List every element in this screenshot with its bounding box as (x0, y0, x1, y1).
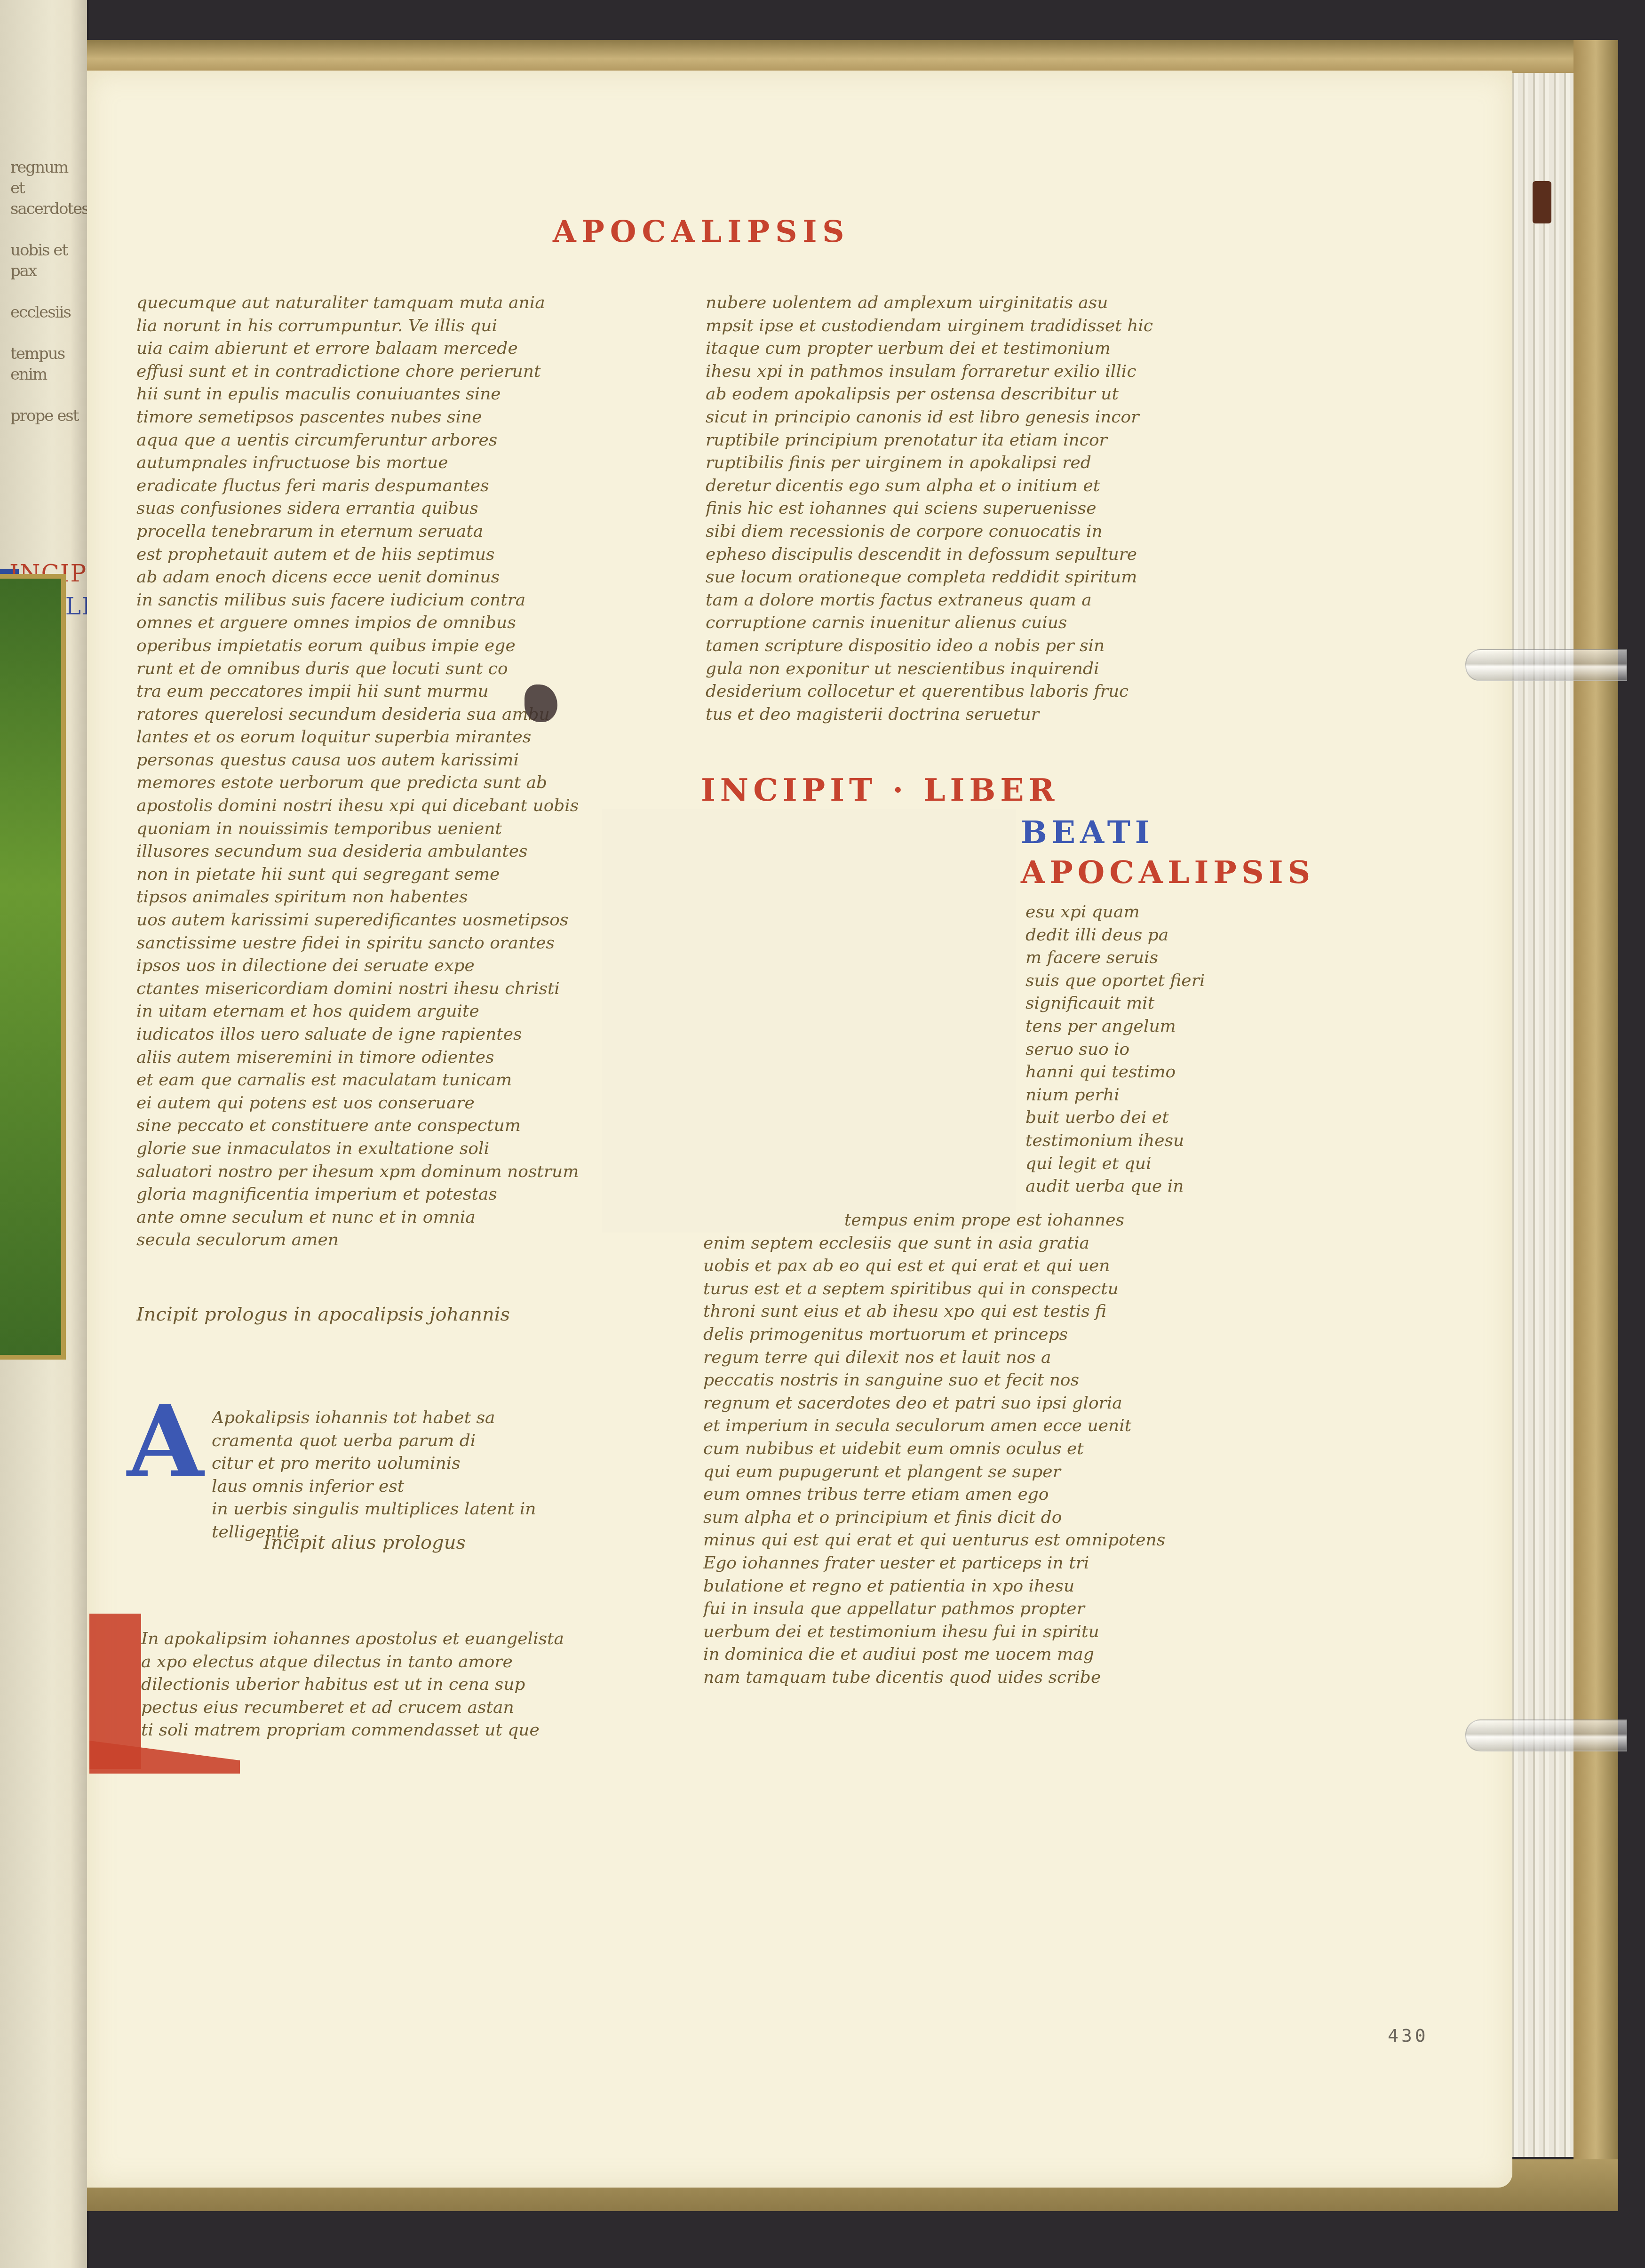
text-line: ab eodem apokalipsis per ostensa describ… (706, 383, 1185, 406)
text-line: aqua que a uentis circumferuntur arbores (136, 429, 612, 452)
text-line: mpsit ipse et custodiendam uirginem trad… (706, 315, 1185, 338)
text-line: qui eum pupugerunt et plangent se super (703, 1461, 1188, 1484)
page-fore-edge (1508, 73, 1573, 2157)
left-page-line: prope est (10, 406, 78, 425)
glass-page-weight-rod-icon (1465, 649, 1627, 681)
text-line: sanctissime uestre fidei in spiritu sanc… (136, 932, 612, 955)
unpainted-initial-space (602, 809, 1016, 1233)
text-line: procella tenebrarum in eternum seruata (136, 520, 612, 543)
text-line: nubere uolentem ad amplexum uirginitatis… (706, 292, 1185, 315)
text-line: hii sunt in epulis maculis conuiuantes s… (136, 383, 612, 406)
text-line: significauit mit (1025, 992, 1223, 1015)
alius-prologus-rubric: Incipit alius prologus (263, 1531, 546, 1554)
text-line: aliis autem miseremini in timore odiente… (136, 1046, 612, 1069)
text-line: runt et de omnibus duris que locuti sunt… (136, 658, 612, 681)
text-line: autumpnales infructuose bis mortue (136, 452, 612, 475)
text-line: sue locum orationeque completa reddidit … (706, 566, 1185, 589)
left-page-line: tempus enim (10, 344, 64, 384)
text-line: tens per angelum (1025, 1015, 1223, 1038)
text-line: Ego iohannes frater uester et particeps … (703, 1552, 1188, 1575)
text-line: ante omne seculum et nunc et in omnia (136, 1206, 612, 1229)
text-line: suis que oportet fieri (1025, 970, 1223, 993)
text-line: tempus enim prope est iohannes (703, 1209, 1188, 1232)
text-line: iudicatos illos uero saluate de igne rap… (136, 1023, 612, 1046)
text-line: et eam que carnalis est maculatam tunica… (136, 1069, 612, 1092)
text-line: et imperium in secula seculorum amen ecc… (703, 1415, 1188, 1438)
text-line: nium perhi (1025, 1084, 1223, 1107)
text-line: Apokalipsis iohannis tot habet sa (212, 1407, 626, 1430)
text-line: quecumque aut naturaliter tamquam muta a… (136, 292, 612, 315)
text-line: tipsos animales spiritum non habentes (136, 886, 612, 909)
binding-board-right (1573, 40, 1618, 2211)
text-line: secula seculorum amen (136, 1229, 612, 1252)
text-line: apostolis domini nostri ihesu xpi qui di… (136, 795, 612, 818)
text-column-left: quecumque aut naturaliter tamquam muta a… (136, 292, 612, 1252)
text-line: ab adam enoch dicens ecce uenit dominus (136, 566, 612, 589)
incipit-rubric-line-2: BEATI (1021, 814, 1154, 851)
text-line: ctantes misericordiam domini nostri ihes… (136, 978, 612, 1001)
text-line: saluatori nostro per ihesum xpm dominum … (136, 1161, 612, 1184)
text-line: effusi sunt et in contradictione chore p… (136, 360, 612, 383)
text-column-right-top: nubere uolentem ad amplexum uirginitatis… (706, 292, 1185, 726)
text-line: sum alpha et o principium et finis dicit… (703, 1506, 1188, 1529)
text-line: finis hic est iohannes qui sciens superu… (706, 497, 1185, 520)
text-column-right-narrow: esu xpi quam dedit illi deus pa m facere… (1025, 901, 1223, 1198)
text-line: dedit illi deus pa (1025, 924, 1223, 947)
text-line: cramenta quot uerba parum di (212, 1430, 626, 1453)
text-line: tamen scripture dispositio ideo a nobis … (706, 635, 1185, 658)
text-line: sibi diem recessionis de corpore conuoca… (706, 520, 1185, 543)
text-line: ruptibilis finis per uirginem in apokali… (706, 452, 1185, 475)
text-line: ti soli matrem propriam commendasset ut … (141, 1719, 621, 1742)
illuminated-initial-green (0, 574, 66, 1360)
text-line: dilectionis uberior habitus est ut in ce… (141, 1673, 621, 1696)
text-line: uia caim abierunt et errore balaam merce… (136, 337, 612, 360)
text-line: cum nubibus et uidebit eum omnis oculus … (703, 1438, 1188, 1461)
incipit-rubric-line-1: INCIPIT · LIBER (701, 772, 1059, 808)
text-line: memores estote uerborum que predicta sun… (136, 772, 612, 795)
text-line: In apokalipsim iohannes apostolus et eua… (141, 1628, 621, 1651)
text-line: suas confusiones sidera errantia quibus (136, 497, 612, 520)
left-page-line: uobis et pax (10, 241, 67, 280)
text-line: delis primogenitus mortuorum et princeps (703, 1323, 1188, 1346)
running-title-text: APOCALIPSIS (553, 214, 850, 249)
incipit-rubric-line-3: APOCALIPSIS (1021, 854, 1315, 891)
left-page-line: ecclesiis (10, 303, 71, 322)
prologue-rubric: Incipit prologus in apocalipsis johannis (136, 1303, 607, 1326)
running-title: APOCALIPSIS (553, 214, 850, 249)
text-line: sicut in principio canonis id est libro … (706, 406, 1185, 429)
text-line: turus est et a septem spiritibus qui in … (703, 1278, 1188, 1301)
glass-page-weight-rod-icon (1465, 1719, 1627, 1751)
text-line: corruptione carnis inuenitur alienus cui… (706, 612, 1185, 635)
text-line: regum terre qui dilexit nos et lauit nos… (703, 1346, 1188, 1369)
prologue-2-text: In apokalipsim iohannes apostolus et eua… (141, 1628, 621, 1742)
text-line: epheso discipulis descendit in defossum … (706, 543, 1185, 566)
text-line: in uerbis singulis multiplices latent in (212, 1498, 626, 1521)
text-line: uerbum dei et testimonium ihesu fui in s… (703, 1621, 1188, 1644)
prologue-1-text: Apokalipsis iohannis tot habet sa cramen… (212, 1407, 626, 1544)
text-line: operibus impietatis eorum quibus impie e… (136, 635, 612, 658)
text-line: gula non exponitur ut nescientibus inqui… (706, 658, 1185, 681)
text-line: hanni qui testimo (1025, 1061, 1223, 1084)
text-line: ihesu xpi in pathmos insulam forraretur … (706, 360, 1185, 383)
text-line: non in pietate hii sunt qui segregant se… (136, 863, 612, 886)
text-line: nam tamquam tube dicentis quod uides scr… (703, 1666, 1188, 1689)
text-line: minus qui est qui erat et qui uenturus e… (703, 1529, 1188, 1552)
text-line: esu xpi quam (1025, 901, 1223, 924)
text-line: omnes et arguere omnes impios de omnibus (136, 612, 612, 635)
text-line: in sanctis milibus suis facere iudicium … (136, 589, 612, 612)
text-line: testimonium ihesu (1025, 1130, 1223, 1153)
text-line: eum omnes tribus terre etiam amen ego (703, 1483, 1188, 1506)
text-line: illusores secundum sua desideria ambulan… (136, 840, 612, 863)
metal-clasp-icon (1533, 181, 1551, 223)
text-line: itaque cum propter uerbum dei et testimo… (706, 337, 1185, 360)
text-line: quoniam in nouissimis temporibus uenient (136, 818, 612, 841)
text-line: a xpo electus atque dilectus in tanto am… (141, 1651, 621, 1674)
text-line: ei autem qui potens est uos conseruare (136, 1092, 612, 1115)
gutter-shadow (71, 0, 89, 2268)
text-line: uobis et pax ab eo qui est et qui erat e… (703, 1255, 1188, 1278)
text-line: deretur dicentis ego sum alpha et o init… (706, 475, 1185, 498)
text-line: bulatione et regno et patientia in xpo i… (703, 1575, 1188, 1598)
text-line: personas questus causa uos autem karissi… (136, 749, 612, 772)
text-line: lia norunt in his corrumpuntur. Ve illis… (136, 315, 612, 338)
text-line: lantes et os eorum loquitur superbia mir… (136, 726, 612, 749)
text-line: throni sunt eius et ab ihesu xpo qui est… (703, 1300, 1188, 1323)
folio-number: 430 (1388, 2025, 1429, 2046)
text-line: citur et pro merito uoluminis (212, 1452, 626, 1475)
text-line: laus omnis inferior est (212, 1475, 626, 1498)
text-line: uos autem karissimi superedificantes uos… (136, 909, 612, 932)
text-line: pectus eius recumberet et ad crucem asta… (141, 1696, 621, 1719)
text-line: ruptibile principium prenotatur ita etia… (706, 429, 1185, 452)
text-line: tus et deo magisterii doctrina seruetur (706, 703, 1185, 726)
text-line: buit uerbo dei et (1025, 1106, 1223, 1130)
text-line: eradicate fluctus feri maris despumantes (136, 475, 612, 498)
text-line: audit uerba que in (1025, 1175, 1223, 1198)
incipit-text: INCIPIT · LIBER (701, 772, 1059, 808)
text-line: peccatis nostris in sanguine suo et feci… (703, 1369, 1188, 1392)
text-line: tam a dolore mortis factus extraneus qua… (706, 589, 1185, 612)
text-line: ipsos uos in dilectione dei seruate expe (136, 955, 612, 978)
text-line: m facere seruis (1025, 947, 1223, 970)
text-line: seruo suo io (1025, 1038, 1223, 1061)
text-line: enim septem ecclesiis que sunt in asia g… (703, 1232, 1188, 1255)
text-line: sine peccato et constituere ante conspec… (136, 1114, 612, 1138)
text-line: in dominica die et audiui post me uocem … (703, 1643, 1188, 1666)
text-line: timore semetipsos pascentes nubes sine (136, 406, 612, 429)
text-line: gloria magnificentia imperium et potesta… (136, 1183, 612, 1206)
text-line: in uitam eternam et hos quidem arguite (136, 1000, 612, 1023)
text-line: qui legit et qui (1025, 1153, 1223, 1176)
text-column-right-bottom: tempus enim prope est iohannes enim sept… (703, 1209, 1188, 1689)
text-line: regnum et sacerdotes deo et patri suo ip… (703, 1392, 1188, 1415)
text-line: desiderium collocetur et querentibus lab… (706, 680, 1185, 703)
text-line: glorie sue inmaculatos in exultatione so… (136, 1138, 612, 1161)
blue-initial-A: A (127, 1393, 204, 1491)
text-line: est prophetauit autem et de hiis septimu… (136, 543, 612, 566)
text-line: fui in insula que appellatur pathmos pro… (703, 1598, 1188, 1621)
